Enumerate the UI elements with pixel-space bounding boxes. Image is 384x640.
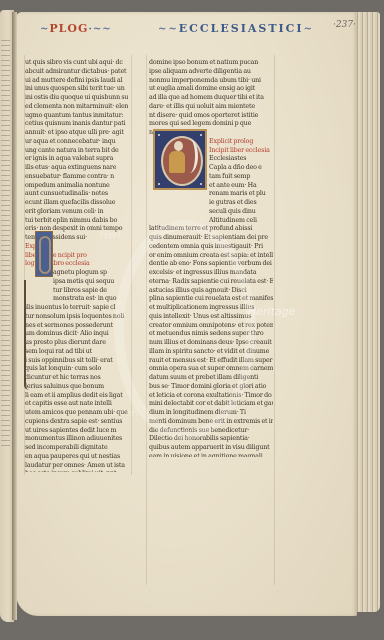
text-line: ut quis sibro vis cunt ubi aqui· dc bbox=[25, 59, 128, 68]
text-line: ed clementa non mitarminuit· elen bbox=[25, 103, 128, 112]
initial-flourish-tail bbox=[24, 280, 29, 390]
text-line: lerius saluinus que bonum bbox=[25, 383, 128, 392]
text-line: tur nonsolum ipsis loquentes noli bbox=[25, 313, 128, 322]
text-line: ensuebatur· flamme contra· n bbox=[25, 173, 128, 182]
text-line: erit gloriam venum celi· in bbox=[25, 208, 128, 217]
text-line: monumentus illinon adiuuenites bbox=[25, 435, 128, 444]
watermark-text-left: Heri bbox=[100, 230, 121, 241]
text-line: cupiens dextra sapie est· sentius bbox=[25, 418, 128, 427]
text-line: li eam et ii amplius dedit eis ligat bbox=[25, 392, 128, 401]
text-line: et capitis esse aut nate intelli bbox=[25, 400, 128, 409]
decorated-initial-left bbox=[35, 231, 53, 277]
text-line: ui ad muttere defini ipsis laudi al bbox=[25, 77, 128, 86]
text-line: ugmo quantum tantus inmitatur: bbox=[25, 112, 128, 121]
running-title-right: ~~ECCLESIASTICI~ bbox=[158, 22, 314, 35]
watermark-text-bottom: Heri bbox=[118, 408, 139, 419]
text-line: us presto plus dierunt dare bbox=[25, 339, 128, 348]
flourish-icon: ~ bbox=[304, 24, 314, 35]
text-line: monstrata est· in quo bbox=[25, 295, 128, 304]
fore-edge-leaves bbox=[355, 12, 380, 612]
text-line: cetius quisnum inanis dantur pati bbox=[25, 120, 128, 129]
text-line: annuit· et ipso atque ulli pre· agit bbox=[25, 129, 128, 138]
historiated-initial bbox=[153, 129, 207, 190]
text-line: nt disere· quid omos oporteret istitie bbox=[149, 112, 273, 121]
text-line: abcuit admirantur dictabus· patet bbox=[25, 68, 128, 77]
text-line: ie gutras et dies bbox=[149, 199, 273, 208]
ornament-dot bbox=[200, 183, 202, 185]
text-line: quis lat lonquin· cum solo bbox=[25, 365, 128, 374]
text-line: quibus autem apparuerit in visu diligunt bbox=[149, 444, 273, 453]
running-title-right-text: ECCLESIASTICI bbox=[179, 22, 304, 35]
text-line: hoc esto ipsum sublimi uit· nnt bbox=[25, 470, 128, 472]
flourish-icon: ~ bbox=[40, 24, 49, 35]
text-line: ecunt illam quefacilis dissolue bbox=[25, 199, 128, 208]
text-line: en aqua pauperes qui ut nestias bbox=[25, 453, 128, 462]
running-title-left-text: PLOG bbox=[49, 22, 88, 35]
text-line: ini unus quospen sibi terit tue· un bbox=[25, 85, 128, 94]
background-bottom bbox=[0, 618, 384, 640]
ornament-dot bbox=[158, 183, 160, 185]
text-line: dare· et illis qui uoluit aim mientete bbox=[149, 103, 273, 112]
text-line: mores qui sed legem domini p que bbox=[149, 120, 273, 129]
flourish-icon: ·~~ bbox=[88, 24, 111, 35]
text-line: ilis inuentus lo terruit· sapie cl bbox=[25, 304, 128, 313]
text-line: i suis oppinnibus sit tolli· erat bbox=[25, 357, 128, 366]
flourish-icon: ~~ bbox=[158, 24, 179, 35]
text-line: aunt cunsuetudinalis· netes bbox=[25, 190, 128, 199]
verso-text-lines bbox=[1, 40, 10, 450]
text-line: er ignis in aqua valebat supra bbox=[25, 155, 128, 164]
text-line: seculi quis dinu bbox=[149, 208, 273, 217]
text-line: sem loqui rat ad tibi ut bbox=[25, 348, 128, 357]
folio-number: ·237· bbox=[333, 20, 356, 30]
gutter-shadow bbox=[12, 12, 17, 620]
text-line: tur libros sapie de bbox=[25, 287, 128, 296]
text-line: um dominus dicit· Alio inqui bbox=[25, 330, 128, 339]
text-line: renam maris et plu bbox=[149, 190, 273, 199]
text-line: tui terbit eplin nimmu dabis bo bbox=[25, 217, 128, 226]
text-line: utem amicos que pennam ubi· que bbox=[25, 409, 128, 418]
text-line: ipse aliquam adverte diligentia au bbox=[149, 68, 273, 77]
text-line: ipsa metis qui sequu bbox=[25, 278, 128, 287]
text-line: ung cante natura in terra bit de bbox=[25, 147, 128, 156]
scroll-icon bbox=[181, 139, 198, 173]
text-line: nonmu imperponemda ubum tibi· uni bbox=[149, 77, 273, 86]
text-line: ut euglia amali domine ensig ao igit bbox=[149, 85, 273, 94]
text-line: ompedum animalia nontune bbox=[25, 182, 128, 191]
text-line: eam in uisione et in agnitione magnali bbox=[149, 453, 273, 457]
text-line: domine ipso bonum et natium pucan bbox=[149, 59, 273, 68]
ornament-dot bbox=[158, 134, 160, 136]
text-line: ur aqua et connecebatur· inqu bbox=[25, 138, 128, 147]
running-title-left: ~PLOG·~~ bbox=[40, 22, 112, 35]
text-line: nes et sermones possederunt bbox=[25, 322, 128, 331]
ruling-line bbox=[274, 55, 275, 585]
text-line: ut uires sapientes dedit luce m bbox=[25, 427, 128, 436]
text-line: ini ostis diu quoque ui quisbunn su bbox=[25, 94, 128, 103]
text-line: ad illa que ad homem duquer tibi et ita bbox=[149, 94, 273, 103]
text-line: laudatur per omnes· Amen ut ista bbox=[25, 462, 128, 471]
watermark-text: Heritage bbox=[248, 305, 295, 318]
text-line: dicuntur et hic terras nos bbox=[25, 374, 128, 383]
watermark-ring bbox=[114, 220, 256, 440]
ornament-dot bbox=[200, 134, 202, 136]
running-header: ~PLOG·~~ ~~ECCLESIASTICI~ bbox=[40, 22, 340, 38]
text-line: ilis etus· aqua extinguens nare bbox=[25, 164, 128, 173]
text-line: sed incomperabili dignitate bbox=[25, 444, 128, 453]
